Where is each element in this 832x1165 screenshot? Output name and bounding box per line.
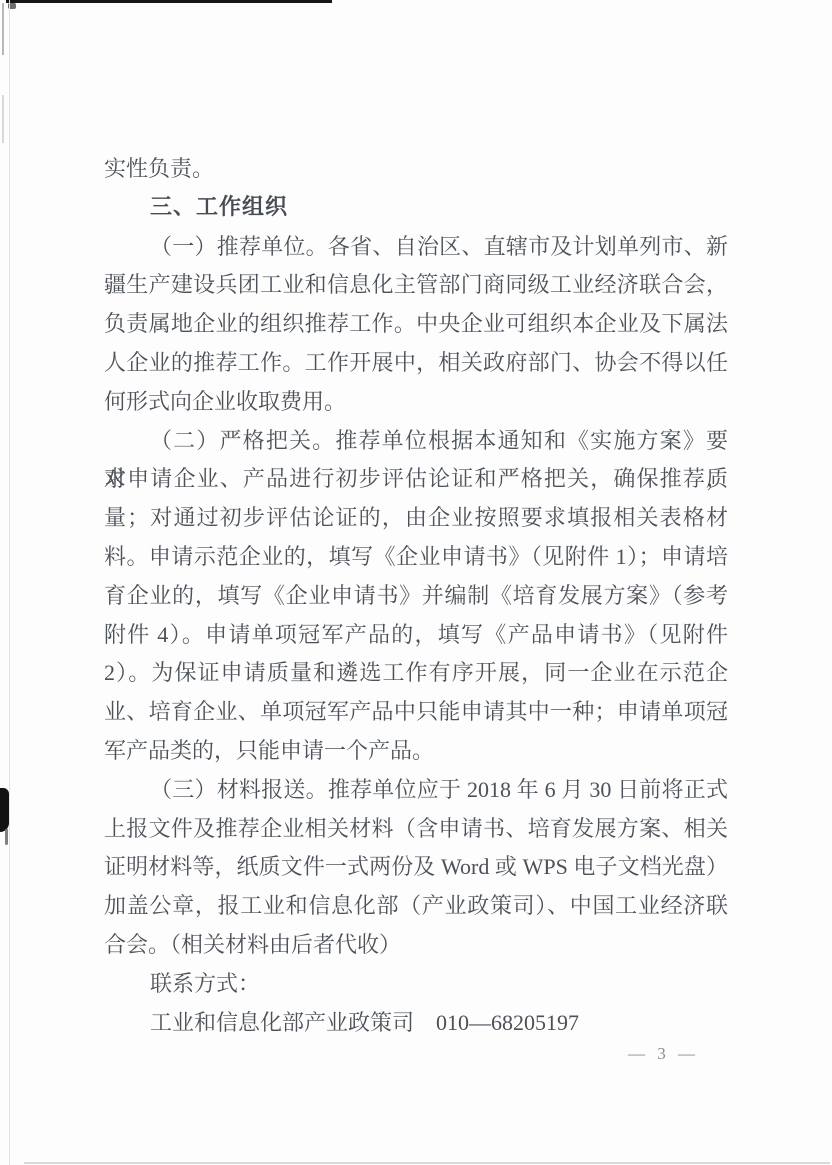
scan-artifact-left-streak-mid <box>2 95 4 143</box>
text-line: 加盖公章，报工业和信息化部（产业政策司）、中国工业经济联 <box>104 887 728 926</box>
text-line: 合会。（相关材料由后者代收） <box>104 926 728 965</box>
text-line: 业、培育企业、单项冠军产品中只能申请其中一种；申请单项冠 <box>104 693 728 732</box>
text-line: 证明材料等，纸质文件一式两份及 Word 或 WPS 电子文档光盘） <box>104 848 728 887</box>
text-line: 军产品类的，只能申请一个产品。 <box>104 732 728 771</box>
text-line: （一）推荐单位。各省、自治区、直辖市及计划单列市、新 <box>104 228 728 267</box>
scan-artifact-top-edge-line <box>6 0 332 3</box>
text-line: 上报文件及推荐企业相关材料（含申请书、培育发展方案、相关 <box>104 810 728 849</box>
text-line: 附件 4）。申请单项冠军产品的，填写《产品申请书》（见附件 <box>104 616 728 655</box>
scan-artifact-left-faint-line <box>9 0 10 1165</box>
continuation-line: 实性负责。 <box>104 150 728 189</box>
text-line: 人企业的推荐工作。工作开展中，相关政府部门、协会不得以任 <box>104 344 728 383</box>
text-line: （二）严格把关。推荐单位根据本通知和《实施方案》要求， <box>104 422 728 461</box>
scan-artifact-left-blob-tail <box>5 829 8 845</box>
scan-artifact-left-streak-top <box>2 3 4 55</box>
contact-label-line: 联系方式： <box>104 965 728 1004</box>
text-line: （三）材料报送。推荐单位应于 2018 年 6 月 30 日前将正式 <box>104 771 728 810</box>
scanned-page: 实性负责。 三、工作组织 （一）推荐单位。各省、自治区、直辖市及计划单列市、新 … <box>0 0 832 1165</box>
text-line: 对申请企业、产品进行初步评估论证和严格把关，确保推荐质 <box>104 460 728 499</box>
text-line: 2）。为保证申请质量和遴选工作有序开展，同一企业在示范企 <box>104 654 728 693</box>
document-text: 实性负责。 三、工作组织 （一）推荐单位。各省、自治区、直辖市及计划单列市、新 … <box>104 150 728 1042</box>
scan-artifact-bottom-edge-line <box>24 1162 830 1164</box>
text-line: 负责属地企业的组织推荐工作。中央企业可组织本企业及下属法 <box>104 305 728 344</box>
text-line: 何形式向企业收取费用。 <box>104 383 728 422</box>
page-number: — 3 — <box>628 1044 728 1064</box>
text-line: 育企业的，填写《企业申请书》并编制《培育发展方案》（参考 <box>104 577 728 616</box>
contact-phone-line: 工业和信息化部产业政策司 010—68205197 <box>104 1004 728 1043</box>
scan-artifact-left-blob <box>0 788 9 832</box>
text-line: 疆生产建设兵团工业和信息化主管部门商同级工业经济联合会， <box>104 266 728 305</box>
section-heading: 三、工作组织 <box>104 189 728 228</box>
text-line: 量；对通过初步评估论证的，由企业按照要求填报相关表格材 <box>104 499 728 538</box>
text-line: 料。申请示范企业的，填写《企业申请书》（见附件 1）；申请培 <box>104 538 728 577</box>
